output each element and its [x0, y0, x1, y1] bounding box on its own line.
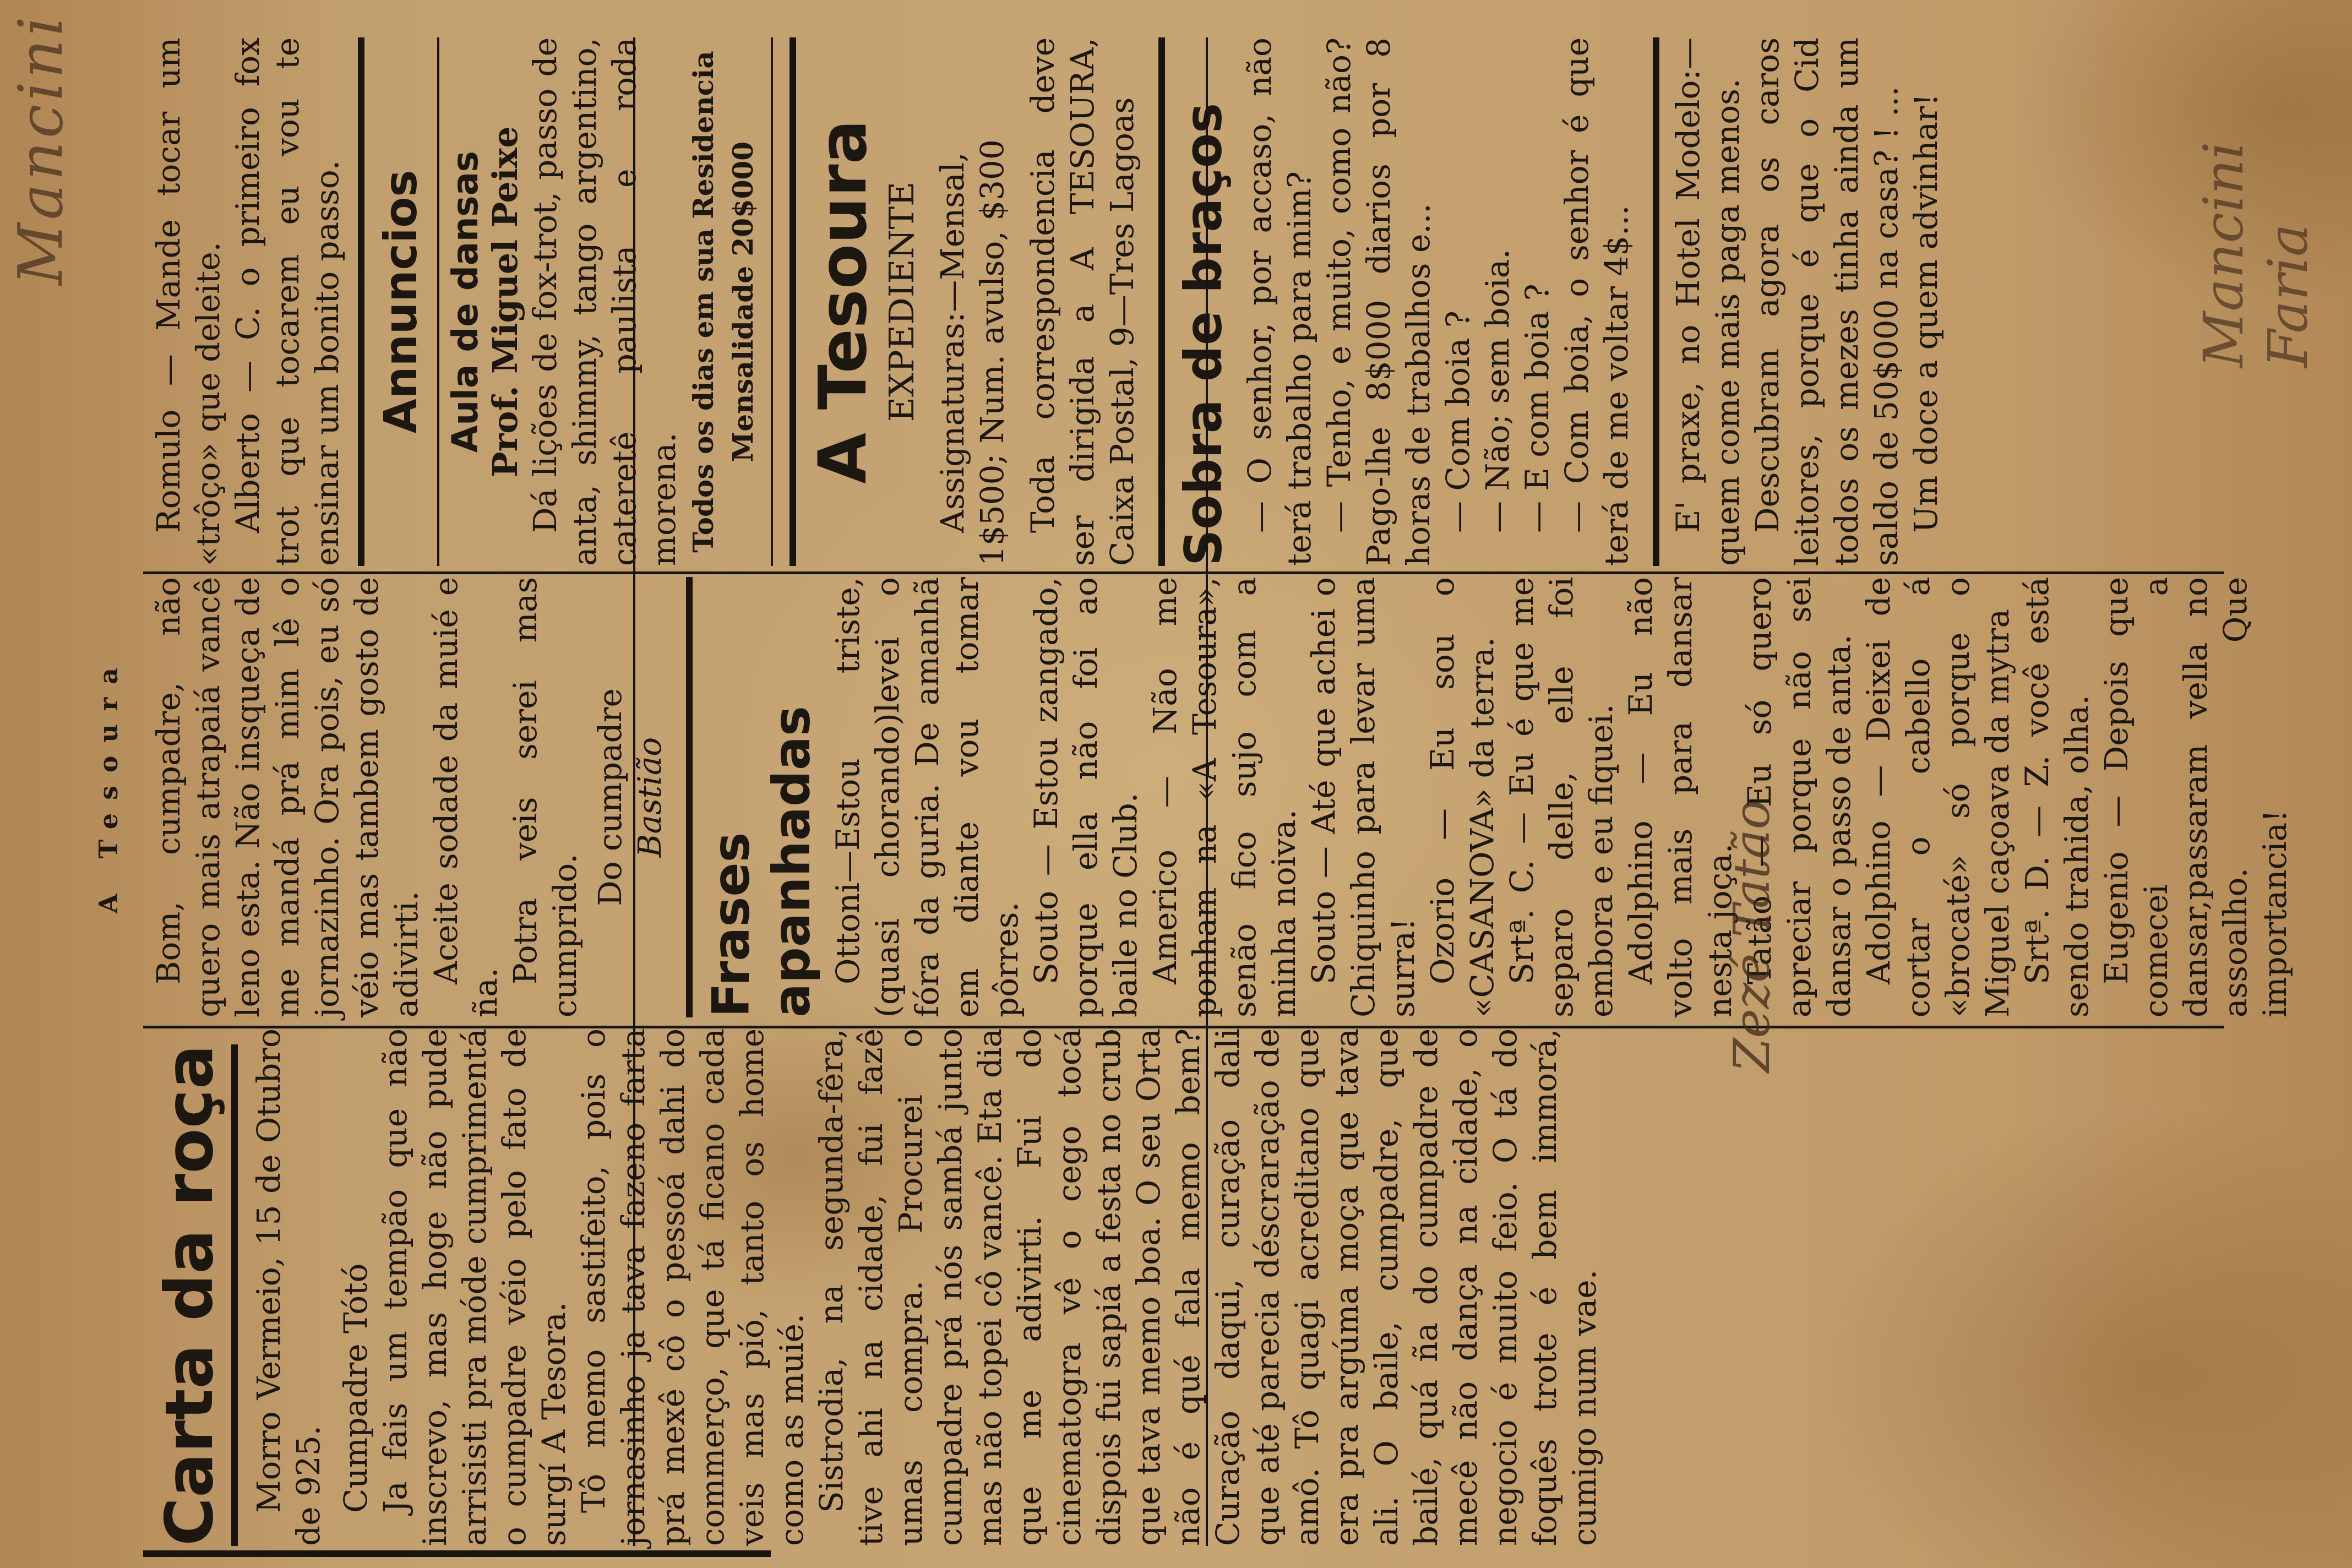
- paragraph: E' praxe, no Hotel Modelo:—quem come mai…: [1668, 37, 1747, 566]
- column-rule-2: [143, 571, 2224, 574]
- signature: Bastião: [630, 577, 669, 1017]
- frase-item: Americo — Não me ponham na «A Tesoura», …: [1145, 577, 1304, 1017]
- left-border-rule: [143, 1550, 771, 1557]
- dialogue-line: — Não; sem boia.: [1478, 37, 1517, 566]
- newspaper-clipping-background: Mancini A Tesoura Carta da roça Morro Ve…: [0, 0, 2352, 1568]
- frase-item: Souto — Estou zangado, porque ella não f…: [1026, 577, 1145, 1017]
- handwritten-note-middle: Zezé Tatão: [1723, 799, 1781, 1072]
- frase-item: Adolphino — Eu não volto mais para dansa…: [1621, 577, 1740, 1017]
- dialogue-line: — Com boia ?: [1438, 37, 1478, 566]
- sobra-de-bracos-section: Sobra de braços — O senhor, por accaso, …: [1158, 37, 1636, 566]
- section-title-frases-apanhadas: Frases apanhadas: [701, 577, 823, 1017]
- ad-price: Mensalidade 20$000: [723, 37, 771, 566]
- salutation: Cumpadre Tótó: [336, 1028, 375, 1546]
- frase-item: Ottoni—Estou triste,(quasi chorando)leve…: [828, 577, 1026, 1017]
- paragraph: Um doce a quem advinhar!: [1906, 37, 1946, 566]
- hotel-modelo-section: E' praxe, no Hotel Modelo:—quem come mai…: [1653, 37, 1946, 566]
- paragraph: Potra veis serei mas cumprido.: [505, 577, 585, 1017]
- paragraph: Bom, cumpadre, não quero mais atrapaiá v…: [149, 577, 426, 1017]
- subscriptions: Assignaturas:—Mensal, 1$500; Num. avulso…: [933, 37, 1012, 566]
- band-rule-2: [1206, 37, 1208, 1546]
- ad-text: Dá lições de fox-trot, passo de anta, sh…: [525, 37, 684, 566]
- frase-item: Adolphino — Deixei de cortar o cabello á…: [1859, 577, 2017, 1017]
- paragraph: Descubram agora os caros leitores, porqu…: [1747, 37, 1906, 566]
- newspaper-page: Mancini A Tesoura Carta da roça Morro Ve…: [0, 0, 2352, 1568]
- dialogue-line: — Tenho, e muito, como não? Pago-lhe 8$0…: [1319, 37, 1438, 566]
- annuncios-box: Annuncios Aula de dansas Prof. Miguel Pe…: [358, 37, 773, 566]
- ad-title: Aula de dansas: [446, 37, 486, 566]
- masthead: A Tesoura: [94, 0, 123, 1568]
- closing: Do cumpadre: [590, 577, 630, 1017]
- dialogue-line: — Com boia, o senhor é que terá de me vo…: [1557, 37, 1636, 566]
- frase-item: Eugenio — Depois que comecei a dansar,pa…: [2097, 577, 2295, 1017]
- paragraph: Ja fais um tempão que não inscrevo, mas …: [375, 1028, 574, 1546]
- dateline: Morro Vermeio, 15 de Otubro de 925.: [249, 1028, 328, 1546]
- frase-item: Srtª. D. — Z. você está sendo trahida, o…: [2017, 577, 2097, 1017]
- frases-apanhadas-section: Frases apanhadas Ottoni—Estou triste,(qu…: [686, 577, 2295, 1017]
- column-right: Romulo — Mande tocar um «trôço» que dele…: [149, 37, 1946, 566]
- frase-item: Souto — Até que achei o Chiquinho para l…: [1304, 577, 1423, 1017]
- frase-item: Romulo — Mande tocar um «trôço» que dele…: [149, 37, 228, 566]
- frase-item: Alberto — C. o primeiro fox trot que toc…: [228, 37, 347, 566]
- paragraph: Aceite sodade da muié e ña.: [426, 577, 505, 1017]
- correspondence: Toda correspondencia deve ser dirigida a…: [1023, 37, 1142, 566]
- expediente-title: A Tesoura: [805, 37, 882, 566]
- expediente-subtitle: EXPEDIENTE: [882, 37, 922, 566]
- paragraph: Sistrodia, na segunda-fêra, tive ahi na …: [812, 1028, 1604, 1546]
- expediente-section: A Tesoura EXPEDIENTE Assignaturas:—Mensa…: [790, 37, 1142, 566]
- ad-teacher: Prof. Miguel Peixe: [486, 37, 525, 566]
- ad-schedule: Todos os dias em sua Residencia: [684, 37, 723, 566]
- section-title-sobra-de-bracos: Sobra de braços: [1174, 37, 1234, 566]
- band-rule-1: [633, 37, 635, 1546]
- frase-item: Srtª. C. — Eu é que me separo delle, ell…: [1502, 577, 1621, 1017]
- paragraph: Tô memo sastifeito, pois o jornasinho ja…: [574, 1028, 812, 1546]
- section-title-annuncios: Annuncios: [371, 37, 439, 566]
- article-title-carta-da-roca: Carta da roça: [149, 1044, 238, 1546]
- handwritten-note-top: Mancini: [6, 13, 76, 285]
- frase-item: Ozorio — Eu sou o «CASANOVA» da terra.: [1423, 577, 1502, 1017]
- dialogue-line: — E com boia ?: [1517, 37, 1557, 566]
- handwritten-note-bottom: Mancini Faria: [2191, 0, 2320, 368]
- column-middle: Bom, cumpadre, não quero mais atrapaiá v…: [149, 577, 2295, 1017]
- dialogue-line: — O senhor, por accaso, não terá trabalh…: [1240, 37, 1319, 566]
- column-carta-da-roca: Carta da roça Morro Vermeio, 15 de Otubr…: [149, 1028, 1604, 1546]
